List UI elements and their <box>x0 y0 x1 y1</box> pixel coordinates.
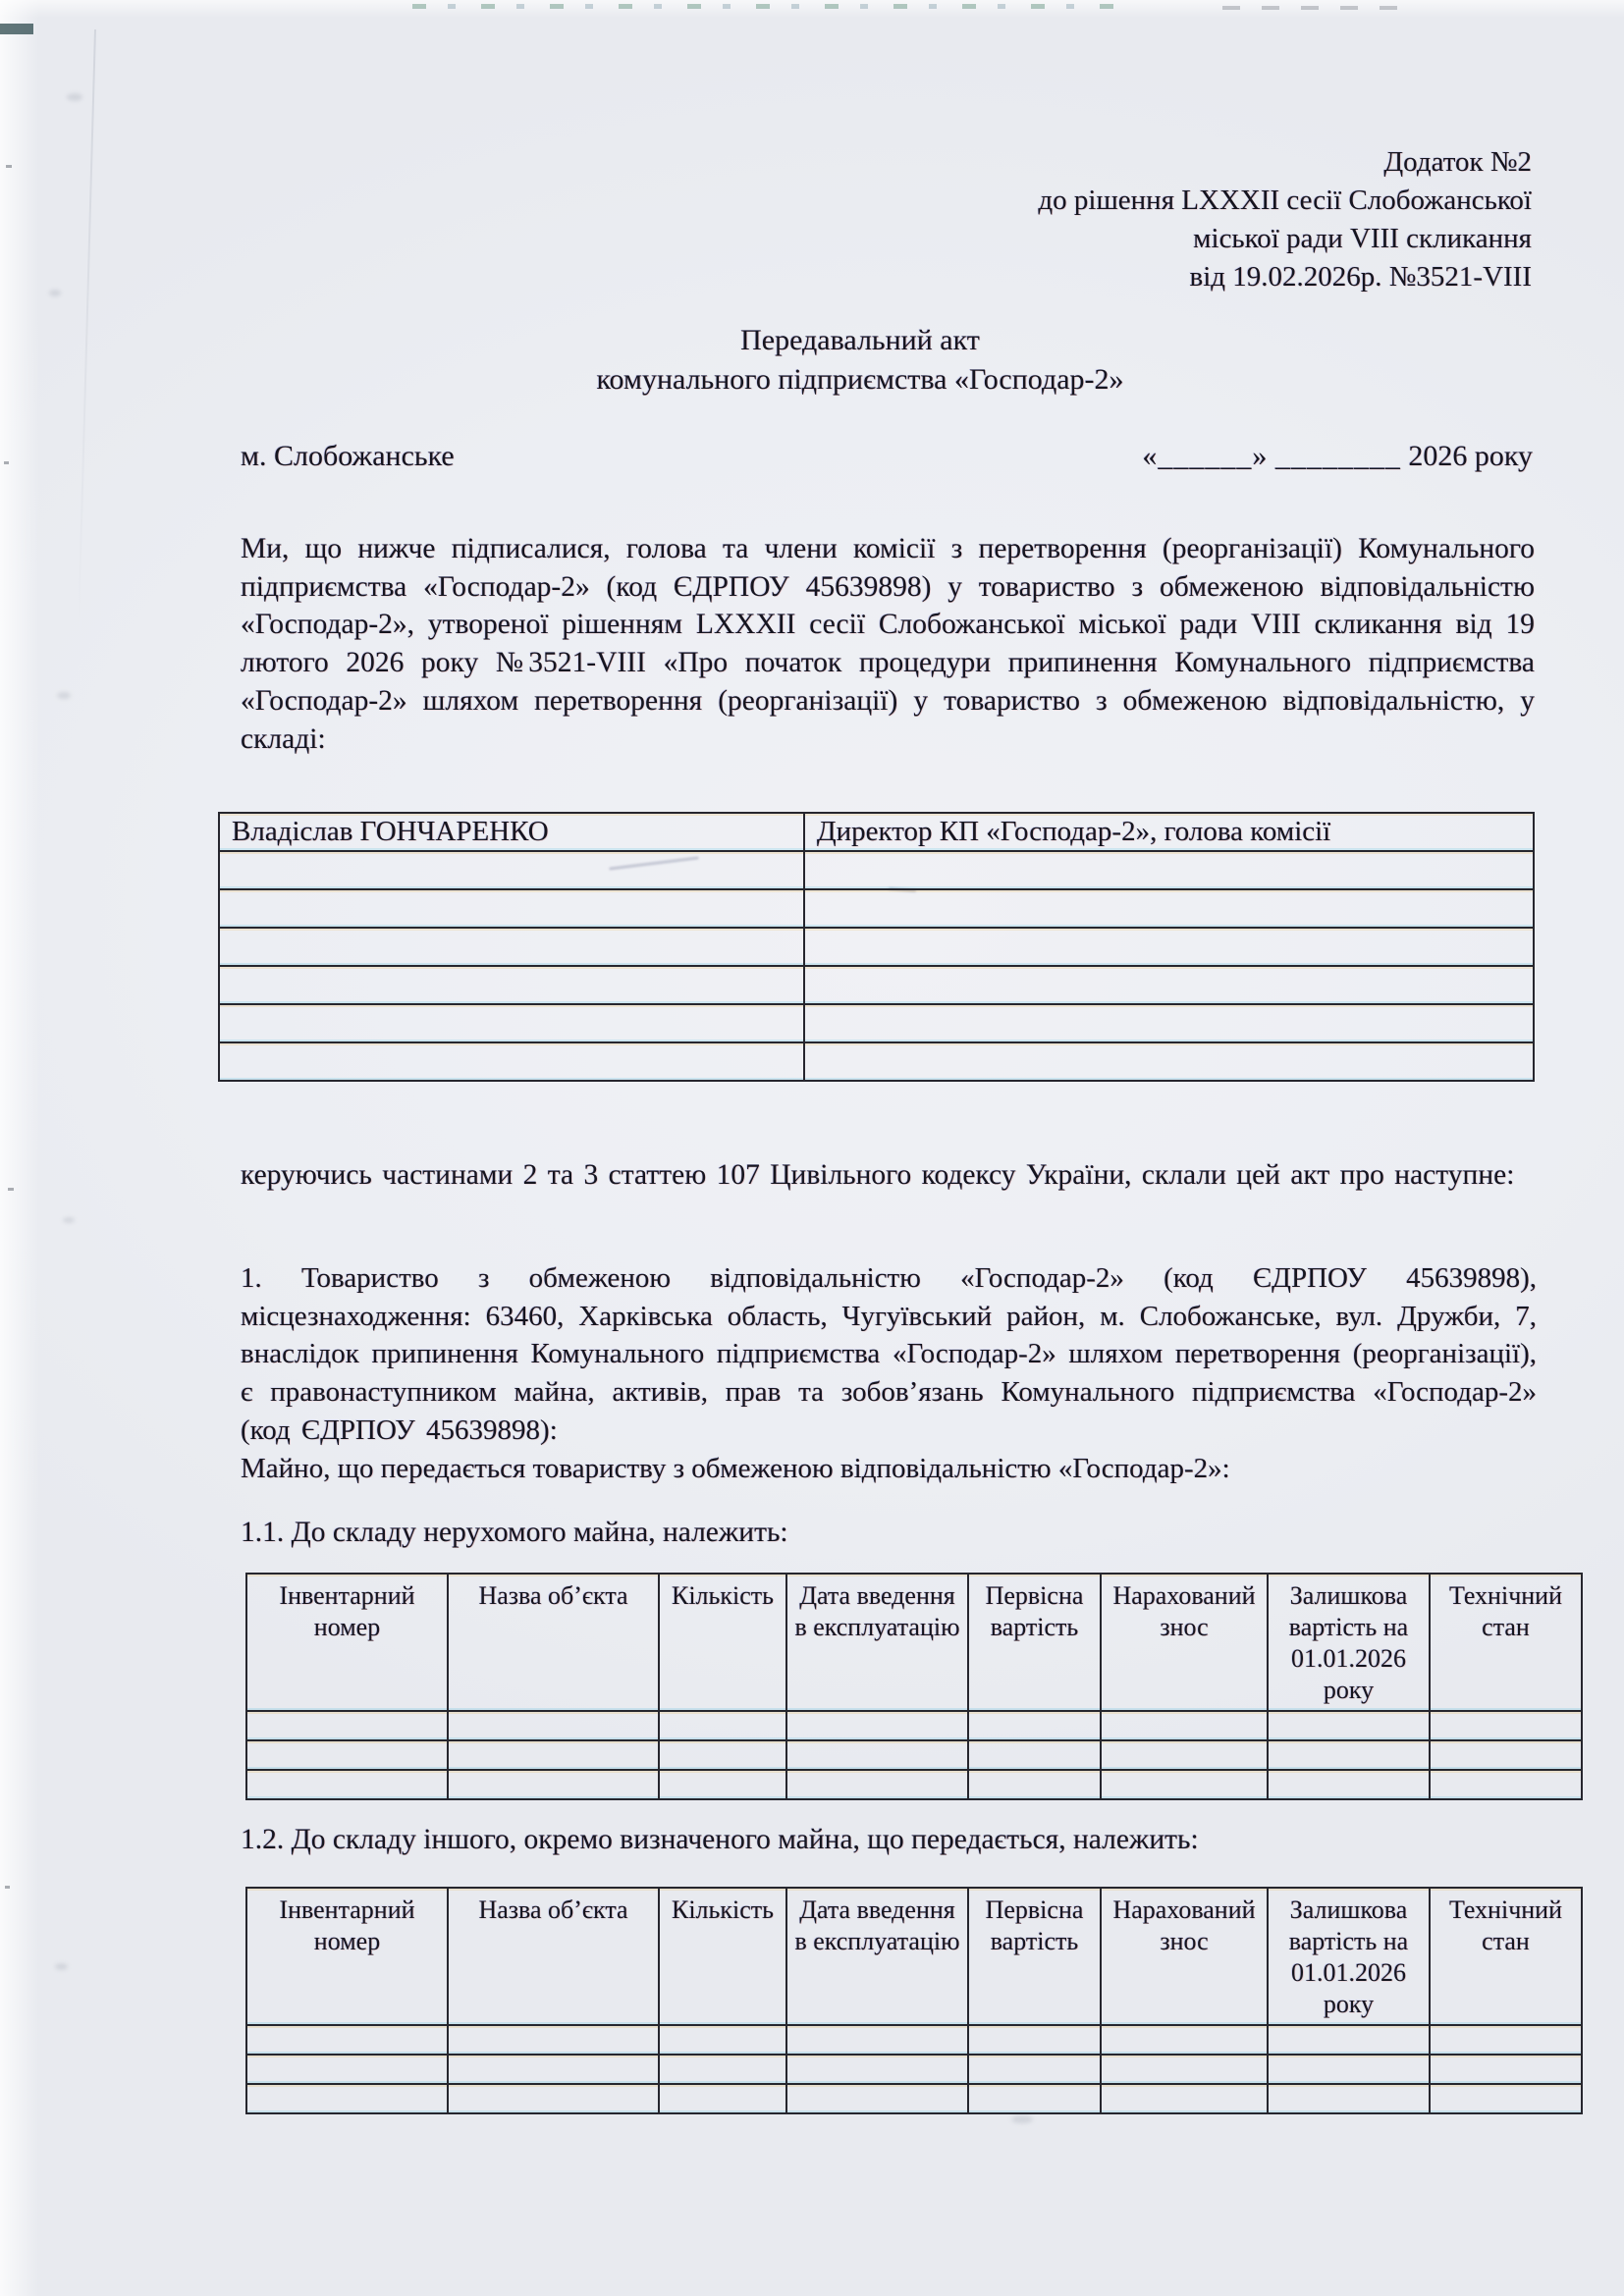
scan-noise-top-dashes <box>412 4 1129 9</box>
empty-cell <box>448 1711 659 1740</box>
empty-cell <box>1268 1770 1430 1799</box>
col-technical-condition: Технічний стан <box>1430 1888 1582 2025</box>
place-date-row: м. Слобожанське «______» ________ 2026 р… <box>241 440 1533 473</box>
annex-line-3: міської ради VIII скликання <box>785 220 1532 258</box>
col-residual-value: Залишкова вартість на 01.01.2026 року <box>1268 1888 1430 2025</box>
empty-cell <box>246 2055 448 2084</box>
empty-asset-row <box>246 2025 1582 2055</box>
scan-corner-mark <box>0 24 33 34</box>
empty-cell <box>246 1770 448 1799</box>
day-blank: «______» <box>1142 440 1268 472</box>
col-initial-cost: Первісна вартість <box>968 1888 1101 2025</box>
annex-line-4: від 19.02.2026р. №3521-VIII <box>785 258 1532 296</box>
scanned-document-page: Додаток №2 до рішення LXXXII сесії Слобо… <box>0 0 1624 2296</box>
scan-smudge <box>57 692 71 699</box>
empty-cell <box>659 2084 786 2113</box>
committee-row <box>219 889 1534 928</box>
empty-cell <box>1101 2084 1268 2113</box>
other-assets-table: Інвентарний номер Назва об’єкта Кількіст… <box>245 1887 1583 2114</box>
empty-cell <box>968 1770 1101 1799</box>
scan-speck <box>5 1886 10 1889</box>
committee-row <box>219 851 1534 889</box>
empty-cell <box>448 1770 659 1799</box>
empty-asset-row <box>246 1770 1582 1799</box>
real-estate-assets-table: Інвентарний номер Назва об’єкта Кількіст… <box>245 1573 1583 1800</box>
col-inventory-number: Інвентарний номер <box>246 1888 448 2025</box>
committee-row: Владіслав ГОНЧАРЕНКО Директор КП «Господ… <box>219 813 1534 851</box>
col-initial-cost: Первісна вартість <box>968 1574 1101 1711</box>
empty-cell <box>1430 2025 1582 2055</box>
clause-1-note: Майно, що передається товариству з обмеж… <box>241 1450 1537 1488</box>
empty-cell <box>786 2025 968 2055</box>
committee-row <box>219 1042 1534 1081</box>
scan-noise-top-dashes-right <box>1222 6 1399 10</box>
empty-cell <box>1101 1770 1268 1799</box>
empty-cell <box>1268 2084 1430 2113</box>
empty-asset-row <box>246 2084 1582 2113</box>
scan-smudge <box>63 1217 75 1223</box>
empty-asset-row <box>246 2055 1582 2084</box>
empty-cell <box>968 2084 1101 2113</box>
empty-cell <box>246 1711 448 1740</box>
section-1-1-heading: 1.1. До складу нерухомого майна, належит… <box>241 1517 788 1549</box>
annex-line-1: Додаток №2 <box>785 143 1532 182</box>
year-label: 2026 року <box>1408 440 1533 472</box>
empty-cell <box>968 2055 1101 2084</box>
annex-line-2: до рішення LXXXII сесії Слобожанської <box>785 182 1532 220</box>
empty-cell <box>786 1740 968 1770</box>
empty-cell <box>786 1711 968 1740</box>
empty-cell <box>1101 2025 1268 2055</box>
empty-cell <box>448 1740 659 1770</box>
empty-cell <box>1101 1740 1268 1770</box>
scan-smudge <box>67 93 82 101</box>
col-object-name: Назва об’єкта <box>448 1888 659 2025</box>
section-1-2-heading: 1.2. До складу іншого, окремо визначеног… <box>241 1824 1199 1856</box>
annex-reference-block: Додаток №2 до рішення LXXXII сесії Слобо… <box>785 143 1532 296</box>
empty-cell <box>1430 2055 1582 2084</box>
col-technical-condition: Технічний стан <box>1430 1574 1582 1711</box>
assets-header-row: Інвентарний номер Назва об’єкта Кількіст… <box>246 1574 1582 1711</box>
committee-row <box>219 966 1534 1004</box>
committee-member-position <box>804 851 1534 889</box>
empty-cell <box>1268 2055 1430 2084</box>
committee-member-position <box>804 966 1534 1004</box>
col-commissioning-date: Дата введення в експлуатацію <box>786 1574 968 1711</box>
clause-1-block: 1. Товариство з обмеженою відповідальніс… <box>241 1259 1537 1487</box>
col-quantity: Кількість <box>659 1888 786 2025</box>
committee-member-position <box>804 1042 1534 1081</box>
empty-cell <box>246 2084 448 2113</box>
committee-member-position <box>804 1004 1534 1042</box>
empty-cell <box>1268 1740 1430 1770</box>
empty-cell <box>246 1740 448 1770</box>
empty-cell <box>1101 2055 1268 2084</box>
title-line-1: Передавальний акт <box>241 321 1480 360</box>
committee-member-name <box>219 889 804 928</box>
committee-member-name <box>219 966 804 1004</box>
committee-member-position <box>804 889 1534 928</box>
empty-cell <box>659 1740 786 1770</box>
col-accrued-depreciation: Нарахований знос <box>1101 1888 1268 2025</box>
empty-cell <box>659 1711 786 1740</box>
empty-cell <box>1268 2025 1430 2055</box>
committee-row <box>219 1004 1534 1042</box>
col-residual-value: Залишкова вартість на 01.01.2026 року <box>1268 1574 1430 1711</box>
col-accrued-depreciation: Нарахований знос <box>1101 1574 1268 1711</box>
scan-speck <box>6 165 12 168</box>
empty-asset-row <box>246 1711 1582 1740</box>
empty-cell <box>448 2025 659 2055</box>
document-title: Передавальний акт комунального підприємс… <box>241 321 1480 400</box>
empty-cell <box>1430 1770 1582 1799</box>
empty-cell <box>1430 1711 1582 1740</box>
title-line-2: комунального підприємства «Господар-2» <box>241 360 1480 400</box>
date-blank-line: «______» ________ 2026 року <box>1142 440 1533 473</box>
empty-cell <box>1268 1711 1430 1740</box>
committee-member-position: Директор КП «Господар-2», голова комісії <box>804 813 1534 851</box>
legal-basis-paragraph: керуючись частинами 2 та 3 статтею 107 Ц… <box>241 1156 1535 1195</box>
intro-paragraph: Ми, що нижче підписалися, голова та член… <box>241 530 1535 758</box>
assets-header-row: Інвентарний номер Назва об’єкта Кількіст… <box>246 1888 1582 2025</box>
empty-cell <box>659 2025 786 2055</box>
empty-cell <box>1430 2084 1582 2113</box>
empty-cell <box>659 2055 786 2084</box>
place-city: м. Слобожанське <box>241 440 455 473</box>
empty-cell <box>448 2084 659 2113</box>
col-quantity: Кількість <box>659 1574 786 1711</box>
empty-cell <box>659 1770 786 1799</box>
col-commissioning-date: Дата введення в експлуатацію <box>786 1888 968 2025</box>
month-blank: ________ <box>1275 440 1401 472</box>
committee-member-name: Владіслав ГОНЧАРЕНКО <box>219 813 804 851</box>
scan-smudge <box>1011 2115 1033 2123</box>
committee-member-position <box>804 928 1534 966</box>
empty-cell <box>786 2084 968 2113</box>
committee-member-name <box>219 851 804 889</box>
empty-cell <box>968 2025 1101 2055</box>
committee-member-name <box>219 1004 804 1042</box>
scan-speck <box>4 461 9 464</box>
empty-cell <box>786 1770 968 1799</box>
scan-smudge <box>49 290 61 296</box>
col-inventory-number: Інвентарний номер <box>246 1574 448 1711</box>
empty-cell <box>448 2055 659 2084</box>
committee-member-name <box>219 1042 804 1081</box>
empty-cell <box>968 1740 1101 1770</box>
empty-cell <box>1101 1711 1268 1740</box>
committee-row <box>219 928 1534 966</box>
scan-smudge <box>55 1963 68 1970</box>
scan-speck <box>8 1188 14 1191</box>
committee-table: Владіслав ГОНЧАРЕНКО Директор КП «Господ… <box>218 812 1535 1082</box>
paper-edge-line <box>78 29 96 638</box>
empty-cell <box>246 2025 448 2055</box>
col-object-name: Назва об’єкта <box>448 1574 659 1711</box>
empty-cell <box>786 2055 968 2084</box>
committee-member-name <box>219 928 804 966</box>
empty-cell <box>1430 1740 1582 1770</box>
empty-asset-row <box>246 1740 1582 1770</box>
clause-1-text: 1. Товариство з обмеженою відповідальніс… <box>241 1259 1537 1450</box>
empty-cell <box>968 1711 1101 1740</box>
